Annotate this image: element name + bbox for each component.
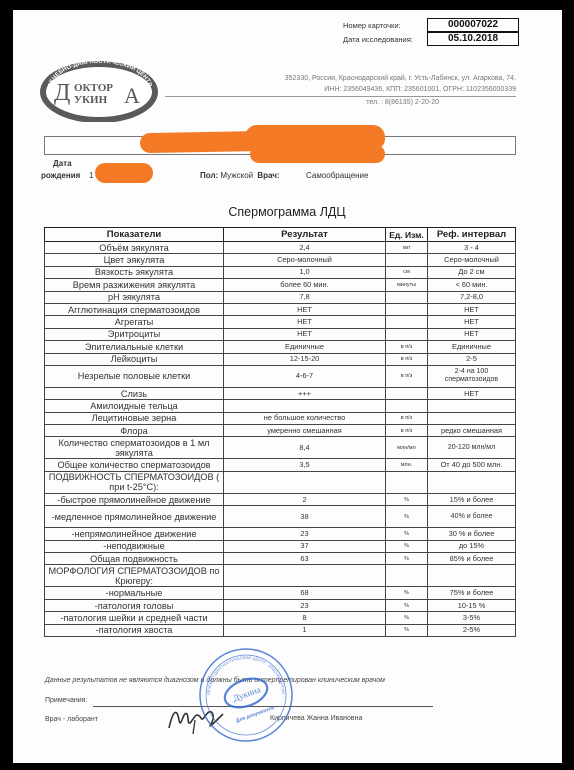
- cell-unit: [386, 471, 428, 493]
- cell-result: 8,4: [224, 437, 386, 459]
- svg-text:ОКТОР: ОКТОР: [74, 82, 113, 94]
- card-number: 000007022: [427, 18, 519, 32]
- cell-result: 2: [224, 493, 386, 505]
- cell-unit: %: [386, 612, 428, 624]
- cell-result: 2,4: [224, 242, 386, 254]
- cell-indicator: Объём эякулята: [45, 242, 224, 254]
- header-unit: Ед. Изм.: [386, 228, 428, 242]
- cell-indicator: Эпителиальные клетки: [45, 341, 224, 353]
- cell-result: более 60 мин.: [224, 279, 386, 291]
- table-row: -патология шейки и средней части8%3-5%: [45, 612, 516, 624]
- clinic-requisites: ИНН: 2356049436, КПП: 235601001, ОГРН: 1…: [324, 86, 516, 93]
- clinic-address: 352330, Россия, Краснодарский край, г. У…: [285, 75, 516, 82]
- cell-ref: 85% и более: [428, 553, 516, 565]
- cell-unit: млн/мл: [386, 437, 428, 459]
- table-row: Лейкоциты12-15-20в п/з2-5: [45, 353, 516, 365]
- cell-indicator: Агглютинация сперматозоидов: [45, 303, 224, 315]
- table-row: Общая подвижность63%85% и более: [45, 553, 516, 565]
- card-number-label: Номер карточки:: [343, 21, 401, 30]
- svg-text:Дукина: Дукина: [231, 684, 261, 703]
- cell-result: Серо-молочный: [224, 254, 386, 266]
- table-row: Цвет эякулятаСеро-молочныйСеро-молочный: [45, 254, 516, 266]
- cell-ref: 2-5%: [428, 624, 516, 636]
- table-row: -быстрое прямолинейное движение2%15% и б…: [45, 493, 516, 505]
- table-row: Незрелые половые клетки4-6-7в п/з2-4 на …: [45, 365, 516, 387]
- cell-unit: [386, 303, 428, 315]
- cell-indicator: pH эякулята: [45, 291, 224, 303]
- table-row: АгрегатыНЕТНЕТ: [45, 316, 516, 328]
- cell-ref: НЕТ: [428, 387, 516, 399]
- cell-result: 7,8: [224, 291, 386, 303]
- svg-text:ЛЕЧЕБНО-ДИАГНОСТИЧЕСКИЙ ЦЕНТР: ЛЕЧЕБНО-ДИАГНОСТИЧЕСКИЙ ЦЕНТР · КРАСНОДА…: [196, 645, 286, 695]
- cell-result: 1,0: [224, 266, 386, 278]
- cell-ref: 2-4 на 100 сперматозоидов: [428, 365, 516, 387]
- cell-ref: [428, 565, 516, 587]
- table-row: Эпителиальные клеткиЕдиничныев п/зЕдинич…: [45, 341, 516, 353]
- spermogram-table: Показатели Результат Ед. Изм. Реф. интер…: [44, 227, 516, 637]
- header-indicator: Показатели: [45, 228, 224, 242]
- cell-result: [224, 471, 386, 493]
- table-row: Агглютинация сперматозоидовНЕТНЕТ: [45, 303, 516, 315]
- cell-unit: в п/з: [386, 353, 428, 365]
- cell-result: НЕТ: [224, 303, 386, 315]
- table-row: Количество сперматозоидов в 1 мл эякулят…: [45, 437, 516, 459]
- cell-unit: в п/з: [386, 341, 428, 353]
- birth-date-label-2: рождения: [41, 171, 80, 180]
- table-row: Лецитиновые зернане большое количествов …: [45, 412, 516, 424]
- cell-unit: %: [386, 553, 428, 565]
- cell-result: +++: [224, 387, 386, 399]
- cell-indicator: -быстрое прямолинейное движение: [45, 493, 224, 505]
- cell-result: [224, 400, 386, 412]
- cell-unit: [386, 291, 428, 303]
- table-row: -медленное прямолинейное движение38%40% …: [45, 506, 516, 528]
- table-row: -непрямолинейное движение23%30 % и более: [45, 528, 516, 540]
- table-row: Вязкость эякулята1,0смДо 2 см: [45, 266, 516, 278]
- cell-indicator: Время разжижения эякулята: [45, 279, 224, 291]
- notes-label: Примечания:: [45, 697, 87, 704]
- cell-ref: < 60 мин.: [428, 279, 516, 291]
- lab-doctor-role: Врач - лаборант: [45, 716, 98, 723]
- cell-unit: см: [386, 266, 428, 278]
- cell-unit: в п/з: [386, 412, 428, 424]
- report-title: Спермограмма ЛДЦ: [0, 205, 574, 219]
- cell-unit: %: [386, 624, 428, 636]
- cell-unit: [386, 316, 428, 328]
- cell-unit: млн.: [386, 459, 428, 471]
- cell-ref: От 40 до 500 млн.: [428, 459, 516, 471]
- table-row: -неподвижные37%до 15%: [45, 540, 516, 552]
- cell-ref: 7,2-8,0: [428, 291, 516, 303]
- cell-unit: [386, 565, 428, 587]
- cell-indicator: Незрелые половые клетки: [45, 365, 224, 387]
- table-row: Амилоидные тельца: [45, 400, 516, 412]
- table-row: ПОДВИЖНОСТЬ СПЕРМАТОЗОИДОВ ( при t-25°C)…: [45, 471, 516, 493]
- svg-text:А: А: [124, 83, 140, 108]
- cell-unit: %: [386, 528, 428, 540]
- table-row: ЭритроцитыНЕТНЕТ: [45, 328, 516, 340]
- header-result: Результат: [224, 228, 386, 242]
- cell-result: 68: [224, 587, 386, 599]
- cell-indicator: Эритроциты: [45, 328, 224, 340]
- cell-result: умеренно смешанная: [224, 425, 386, 437]
- cell-unit: минуты: [386, 279, 428, 291]
- cell-indicator: Лецитиновые зерна: [45, 412, 224, 424]
- cell-ref: 3 - 4: [428, 242, 516, 254]
- cell-result: 12-15-20: [224, 353, 386, 365]
- cell-unit: %: [386, 493, 428, 505]
- birth-date-label: Дата: [53, 159, 72, 168]
- cell-unit: в п/з: [386, 425, 428, 437]
- header-reference: Реф. интервал: [428, 228, 516, 242]
- cell-result: 23: [224, 599, 386, 611]
- cell-ref: 40% и более: [428, 506, 516, 528]
- cell-ref: НЕТ: [428, 316, 516, 328]
- cell-result: 1: [224, 624, 386, 636]
- cell-indicator: Агрегаты: [45, 316, 224, 328]
- cell-unit: [386, 387, 428, 399]
- clinic-phone: тел. : 8(86135) 2-20-20: [366, 99, 439, 106]
- cell-unit: %: [386, 599, 428, 611]
- cell-indicator: МОРФОЛОГИЯ СПЕРМАТОЗОИДОВ по Крюгеру:: [45, 565, 224, 587]
- cell-indicator: -патология головы: [45, 599, 224, 611]
- sex-field: Пол: Мужской Врач:: [200, 171, 280, 180]
- table-header: Показатели Результат Ед. Изм. Реф. интер…: [45, 228, 516, 242]
- cell-ref: 15% и более: [428, 493, 516, 505]
- redaction-mark: [95, 163, 153, 183]
- cell-indicator: Лейкоциты: [45, 353, 224, 365]
- cell-result: Единичные: [224, 341, 386, 353]
- cell-indicator: Вязкость эякулята: [45, 266, 224, 278]
- sex-value: Мужской: [220, 171, 253, 180]
- cell-indicator: -нормальные: [45, 587, 224, 599]
- cell-unit: %: [386, 587, 428, 599]
- cell-result: НЕТ: [224, 316, 386, 328]
- cell-ref: 10-15 %: [428, 599, 516, 611]
- table-row: -нормальные68%75% и более: [45, 587, 516, 599]
- clinic-stamp: ЛЕЧЕБНО-ДИАГНОСТИЧЕСКИЙ ЦЕНТР · КРАСНОДА…: [196, 645, 296, 745]
- cell-unit: в п/з: [386, 365, 428, 387]
- cell-ref: До 2 см: [428, 266, 516, 278]
- table-row: МОРФОЛОГИЯ СПЕРМАТОЗОИДОВ по Крюгеру:: [45, 565, 516, 587]
- header-divider: [165, 96, 516, 97]
- cell-result: не большое количество: [224, 412, 386, 424]
- table-row: Флораумеренно смешаннаяв п/зредко смешан…: [45, 425, 516, 437]
- table-row: Слизь+++НЕТ: [45, 387, 516, 399]
- cell-indicator: Общее количество сперматозоидов: [45, 459, 224, 471]
- table-row: pH эякулята7,87,2-8,0: [45, 291, 516, 303]
- table-row: -патология головы23%10-15 %: [45, 599, 516, 611]
- cell-ref: 3-5%: [428, 612, 516, 624]
- birth-date-value: 1: [89, 171, 93, 180]
- cell-indicator: Слизь: [45, 387, 224, 399]
- cell-ref: [428, 412, 516, 424]
- cell-unit: [386, 400, 428, 412]
- cell-ref: редко смешанная: [428, 425, 516, 437]
- redaction-mark: [250, 145, 385, 163]
- cell-ref: 20-120 млн/мл: [428, 437, 516, 459]
- study-date: 05.10.2018: [427, 32, 519, 46]
- cell-ref: НЕТ: [428, 303, 516, 315]
- cell-ref: 75% и более: [428, 587, 516, 599]
- cell-ref: [428, 471, 516, 493]
- cell-indicator: Общая подвижность: [45, 553, 224, 565]
- cell-indicator: Количество сперматозоидов в 1 мл эякулят…: [45, 437, 224, 459]
- cell-result: 38: [224, 506, 386, 528]
- cell-result: 37: [224, 540, 386, 552]
- cell-result: [224, 565, 386, 587]
- cell-ref: Единичные: [428, 341, 516, 353]
- cell-indicator: -медленное прямолинейное движение: [45, 506, 224, 528]
- cell-ref: до 15%: [428, 540, 516, 552]
- cell-result: 4-6-7: [224, 365, 386, 387]
- cell-result: 3,5: [224, 459, 386, 471]
- cell-unit: %: [386, 540, 428, 552]
- cell-indicator: Цвет эякулята: [45, 254, 224, 266]
- cell-result: НЕТ: [224, 328, 386, 340]
- cell-indicator: Амилоидные тельца: [45, 400, 224, 412]
- cell-result: 23: [224, 528, 386, 540]
- cell-ref: Серо-молочный: [428, 254, 516, 266]
- cell-ref: 2-5: [428, 353, 516, 365]
- cell-unit: [386, 328, 428, 340]
- table-row: Время разжижения эякулятаболее 60 мин.ми…: [45, 279, 516, 291]
- cell-indicator: Флора: [45, 425, 224, 437]
- sex-label: Пол:: [200, 171, 218, 180]
- cell-unit: %: [386, 506, 428, 528]
- table-row: Общее количество сперматозоидов3,5млн.От…: [45, 459, 516, 471]
- cell-indicator: -непрямолинейное движение: [45, 528, 224, 540]
- cell-unit: мл: [386, 242, 428, 254]
- cell-indicator: -патология шейки и средней части: [45, 612, 224, 624]
- svg-text:УКИН: УКИН: [74, 94, 108, 106]
- referring-doctor: Самообращение: [306, 171, 368, 180]
- svg-text:Д: Д: [54, 80, 70, 106]
- cell-indicator: -патология хвоста: [45, 624, 224, 636]
- cell-unit: [386, 254, 428, 266]
- cell-ref: НЕТ: [428, 328, 516, 340]
- table-row: -патология хвоста1%2-5%: [45, 624, 516, 636]
- doctor-label: Врач:: [257, 171, 279, 180]
- cell-ref: [428, 400, 516, 412]
- cell-result: 8: [224, 612, 386, 624]
- clinic-logo: ЛЕЧЕБНО-ДИАГНОСТИЧЕСКИЙ ЦЕНТР www.doctor…: [40, 56, 158, 122]
- cell-indicator: ПОДВИЖНОСТЬ СПЕРМАТОЗОИДОВ ( при t-25°C)…: [45, 471, 224, 493]
- study-date-label: Дата исследования:: [343, 35, 413, 44]
- cell-ref: 30 % и более: [428, 528, 516, 540]
- cell-indicator: -неподвижные: [45, 540, 224, 552]
- cell-result: 63: [224, 553, 386, 565]
- table-row: Объём эякулята2,4мл3 - 4: [45, 242, 516, 254]
